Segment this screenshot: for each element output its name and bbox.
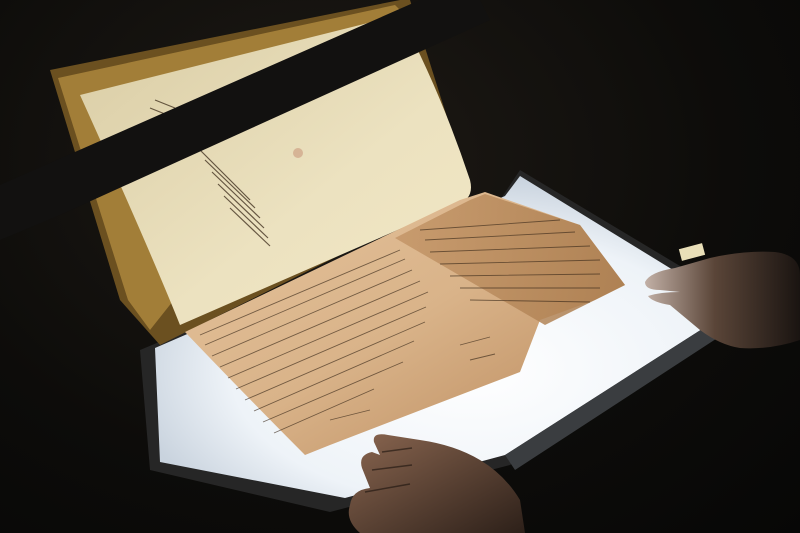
hand-right bbox=[0, 0, 800, 533]
photo-scene bbox=[0, 0, 800, 533]
